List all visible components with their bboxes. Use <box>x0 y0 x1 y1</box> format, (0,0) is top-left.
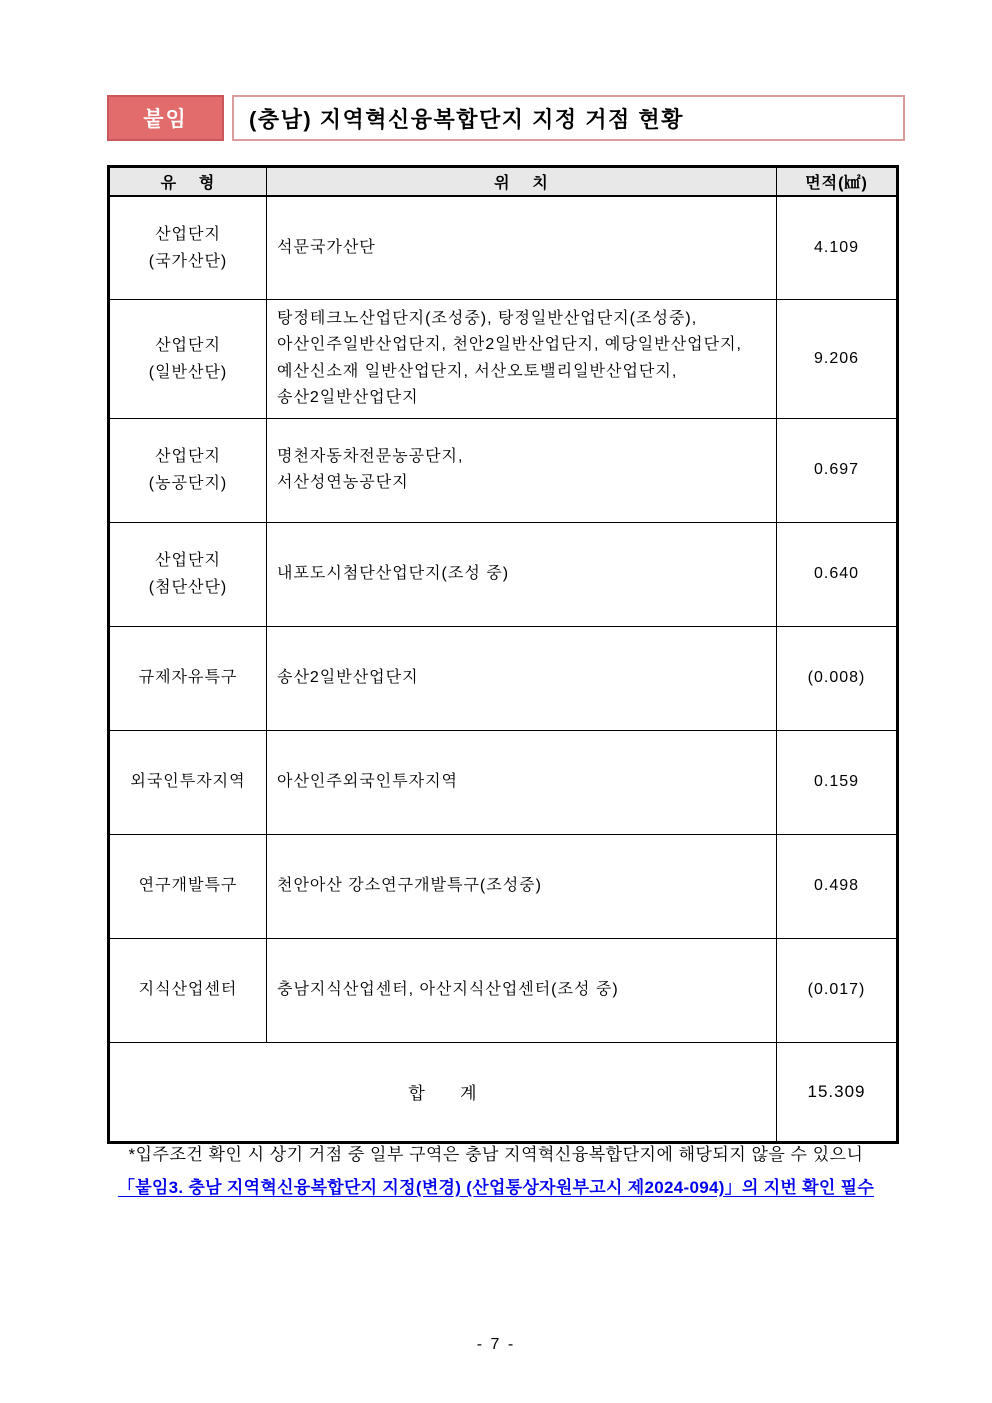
type-cell: 지식산업센터 <box>109 938 267 1042</box>
type-cell: 산업단지 (농공단지) <box>109 418 267 522</box>
area-cell: (0.017) <box>777 938 898 1042</box>
location-cell: 아산인주외국인투자지역 <box>267 730 777 834</box>
location-cell: 석문국가산단 <box>267 196 777 300</box>
type-cell: 산업단지 (국가산단) <box>109 196 267 300</box>
page-title: (충남) 지역혁신융복합단지 지정 거점 현황 <box>249 103 684 134</box>
footnote-note: *입주조건 확인 시 상기 거점 중 일부 구역은 충남 지역혁신융복합단지에 … <box>0 1140 992 1165</box>
location-cell: 명천자동차전문농공단지, 서산성연농공단지 <box>267 418 777 522</box>
table-row: 산업단지 (농공단지) 명천자동차전문농공단지, 서산성연농공단지 0.697 <box>109 418 898 522</box>
footnote-reference-link[interactable]: 「붙임3. 충남 지역혁신융복합단지 지정(변경) (산업통상자원부고시 제20… <box>118 1173 874 1198</box>
location-cell: 충남지식산업센터, 아산지식산업센터(조성 중) <box>267 938 777 1042</box>
table-row: 지식산업센터 충남지식산업센터, 아산지식산업센터(조성 중) (0.017) <box>109 938 898 1042</box>
column-header-type: 유 형 <box>109 167 267 196</box>
table-row: 외국인투자지역 아산인주외국인투자지역 0.159 <box>109 730 898 834</box>
location-cell: 송산2일반산업단지 <box>267 626 777 730</box>
area-cell: 9.206 <box>777 300 898 419</box>
footnotes: *입주조건 확인 시 상기 거점 중 일부 구역은 충남 지역혁신융복합단지에 … <box>0 1140 992 1198</box>
area-cell: 0.640 <box>777 522 898 626</box>
table-header-row: 유 형 위 치 면적(㎢) <box>109 167 898 196</box>
title-box: (충남) 지역혁신융복합단지 지정 거점 현황 <box>232 95 905 141</box>
location-cell: 천안아산 강소연구개발특구(조성중) <box>267 834 777 938</box>
column-header-area: 면적(㎢) <box>777 167 898 196</box>
page-number: - 7 - <box>0 1336 992 1354</box>
status-table: 유 형 위 치 면적(㎢) 산업단지 (국가산단) 석문국가산단 4.109 산… <box>107 165 899 1144</box>
type-cell: 산업단지 (일반산단) <box>109 300 267 419</box>
area-cell: 0.159 <box>777 730 898 834</box>
area-cell: (0.008) <box>777 626 898 730</box>
type-cell: 외국인투자지역 <box>109 730 267 834</box>
type-cell: 연구개발특구 <box>109 834 267 938</box>
type-cell: 산업단지 (첨단산단) <box>109 522 267 626</box>
total-area: 15.309 <box>777 1042 898 1142</box>
table-row: 규제자유특구 송산2일반산업단지 (0.008) <box>109 626 898 730</box>
column-header-location: 위 치 <box>267 167 777 196</box>
attachment-badge: 붙임 <box>107 95 224 141</box>
area-cell: 0.697 <box>777 418 898 522</box>
table-total-row: 합 계 15.309 <box>109 1042 898 1142</box>
area-cell: 4.109 <box>777 196 898 300</box>
table-row: 연구개발특구 천안아산 강소연구개발특구(조성중) 0.498 <box>109 834 898 938</box>
location-cell: 탕정테크노산업단지(조성중), 탕정일반산업단지(조성중), 아산인주일반산업단… <box>267 300 777 419</box>
type-cell: 규제자유특구 <box>109 626 267 730</box>
document-header: 붙임 (충남) 지역혁신융복합단지 지정 거점 현황 <box>107 95 905 141</box>
location-cell: 내포도시첨단산업단지(조성 중) <box>267 522 777 626</box>
table-row: 산업단지 (일반산단) 탕정테크노산업단지(조성중), 탕정일반산업단지(조성중… <box>109 300 898 419</box>
area-cell: 0.498 <box>777 834 898 938</box>
total-label: 합 계 <box>109 1042 777 1142</box>
table-row: 산업단지 (첨단산단) 내포도시첨단산업단지(조성 중) 0.640 <box>109 522 898 626</box>
table-row: 산업단지 (국가산단) 석문국가산단 4.109 <box>109 196 898 300</box>
